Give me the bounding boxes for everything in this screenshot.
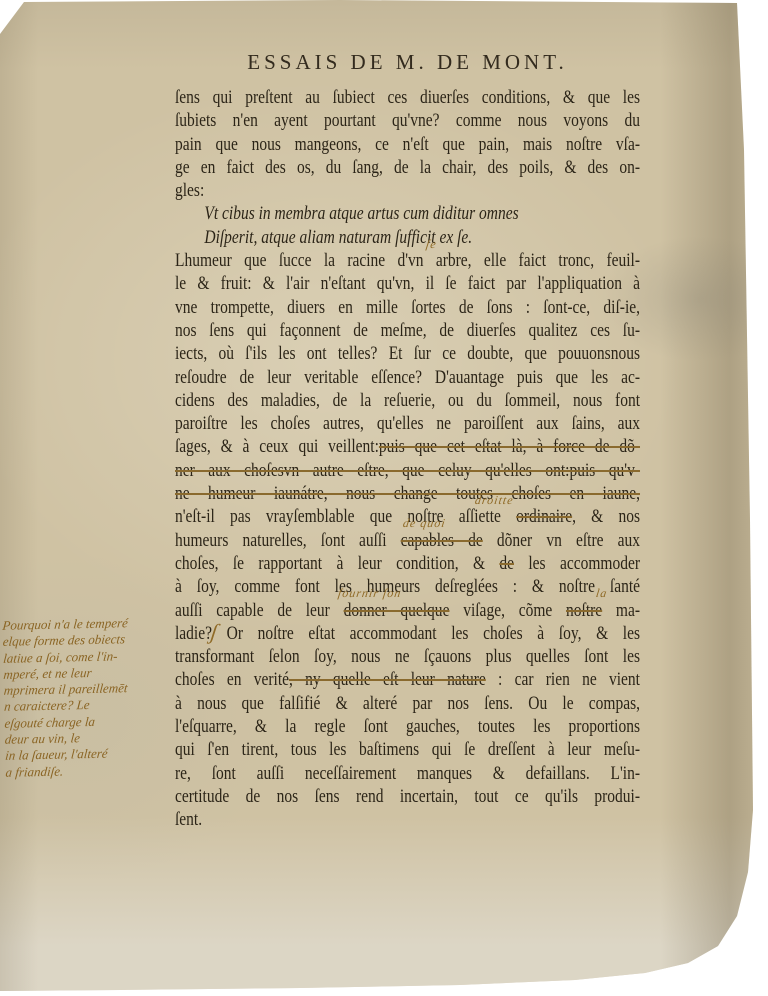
insertion-la: la xyxy=(595,586,608,601)
printed-text: ladie? Or noſtre eſtat accommodant les c… xyxy=(175,623,640,644)
printed-text: ma- xyxy=(602,600,640,621)
text-line: iects, où ſ'ils les ont telles? Et ſur c… xyxy=(175,342,640,365)
scan-background: ESSAIS DE M. DE MONT. ſens qui preſtent … xyxy=(0,0,768,996)
printed-text: dõner vn eſtre aux xyxy=(483,530,640,551)
text-line: Lhumeur que ſucce la racine d'vn arbre, … xyxy=(175,249,640,272)
printed-text: auſſi capable de leur xyxy=(175,600,344,621)
printed-text: transformant ſelon ſoy, nous ne ſçauons … xyxy=(175,646,640,667)
printed-text: ge en faict des os, du ſang, de la chair… xyxy=(175,157,640,178)
printed-text: pain que nous mangeons, ce n'eſt que pai… xyxy=(175,134,640,155)
struck-text: de xyxy=(499,553,514,574)
book-page: ESSAIS DE M. DE MONT. ſens qui preſtent … xyxy=(0,0,768,996)
text-line: ſent. xyxy=(175,808,640,831)
insertion-se: ſe xyxy=(425,237,438,252)
text-line: nos ſens qui façonnent de meſme, de diue… xyxy=(175,319,640,342)
struck-text: , ny quelle eſt leur nature xyxy=(289,669,486,690)
struck-text: ordinaire xyxy=(516,506,572,527)
printed-text: viſage, cõme xyxy=(449,600,566,621)
printed-text: reſoudre de leur veritable eſſence? D'au… xyxy=(175,367,640,388)
text-line: ſages, & à ceux qui veillent:puis que ce… xyxy=(175,435,640,458)
text-line: vne trompette, diuers en mille ſortes de… xyxy=(175,296,640,319)
text-line: Diſperit, atque aliam naturam ſufficit e… xyxy=(175,226,669,249)
printed-text: les accommoder xyxy=(514,553,640,574)
printed-text: à ſoy, comme font les humeurs deſreglées… xyxy=(175,576,640,597)
text-line: certitude de nos ſens rend incertain, to… xyxy=(175,785,640,808)
text-line: pain que nous mangeons, ce n'eſt que pai… xyxy=(175,133,640,156)
printed-text: qui ſ'en tirent, tous les baſtimens qui … xyxy=(175,739,640,760)
text-line: choſes, ſe rapportant à leur condition, … xyxy=(175,552,640,575)
printed-text: choſes, ſe rapportant à leur condition, … xyxy=(175,553,499,574)
text-line: Vt cibus in membra atque artus cum didit… xyxy=(175,202,669,225)
printed-text: vne trompette, diuers en mille ſortes de… xyxy=(175,297,640,318)
text-line: ſubiets n'en ayent pourtant qu'vne? comm… xyxy=(175,109,640,132)
text-line: à ſoy, comme font les humeurs deſreglées… xyxy=(175,575,640,598)
printed-text: ſent. xyxy=(175,809,202,830)
printed-text: n'eſt-il pas vrayſemblable que noſtre aſ… xyxy=(175,506,516,527)
printed-text: iects, où ſ'ils les ont telles? Et ſur c… xyxy=(175,343,640,364)
text-block: ſens qui preſtent au ſubiect ces diuerſe… xyxy=(175,86,640,832)
text-line: re, ſont auſſi neceſſairement manques & … xyxy=(175,762,640,785)
text-line: gles: xyxy=(175,179,640,202)
text-line: ſens qui preſtent au ſubiect ces diuerſe… xyxy=(175,86,640,109)
struck-text: ne humeur iaunátre, nous change toutes c… xyxy=(175,483,640,504)
text-line: paroiſtre les choſes autres, qu'elles ne… xyxy=(175,412,640,435)
text-line: ge en faict des os, du ſang, de la chair… xyxy=(175,156,640,179)
printed-text: nos ſens qui façonnent de meſme, de diue… xyxy=(175,320,640,341)
insertion-droitte: droitte xyxy=(474,493,515,508)
printed-text: cidens des maladies, de la reſuerie, ou … xyxy=(175,390,640,411)
text-line: ladie? Or noſtre eſtat accommodant les c… xyxy=(175,622,640,645)
printed-text: Vt cibus in membra atque artus cum didit… xyxy=(204,203,518,224)
text-line: humeurs naturelles, ſont auſſi capables … xyxy=(175,529,640,552)
struck-text: ner aux choſesvn autre eſtre, que celuy … xyxy=(175,460,640,481)
text-line: choſes en verité, ny quelle eſt leur nat… xyxy=(175,668,640,691)
printed-text: à nous que falſifié & alteré par nos ſen… xyxy=(175,693,640,714)
text-line: reſoudre de leur veritable eſſence? D'au… xyxy=(175,366,640,389)
insertion-fournir-son: fournir ſon xyxy=(337,586,402,601)
text-line: qui ſ'en tirent, tous les baſtimens qui … xyxy=(175,738,640,761)
text-line: cidens des maladies, de la reſuerie, ou … xyxy=(175,389,640,412)
text-line: l'eſquarre, & la regle ſont gauches, tou… xyxy=(175,715,640,738)
struck-text: noſtre xyxy=(566,600,602,621)
printed-text: humeurs naturelles, ſont auſſi xyxy=(175,530,401,551)
printed-text: re, ſont auſſi neceſſairement manques & … xyxy=(175,763,640,784)
printed-text: paroiſtre les choſes autres, qu'elles ne… xyxy=(175,413,640,434)
text-line: le & fruit: & l'air n'eſtant qu'vn, il ſ… xyxy=(175,272,640,295)
text-line: auſſi capable de leur donner quelque viſ… xyxy=(175,599,640,622)
printed-text: certitude de nos ſens rend incertain, to… xyxy=(175,786,640,807)
printed-text: ſens qui preſtent au ſubiect ces diuerſe… xyxy=(175,87,640,108)
struck-text: capables de xyxy=(401,530,483,551)
text-line: transformant ſelon ſoy, nous ne ſçauons … xyxy=(175,645,640,668)
printed-text: le & fruit: & l'air n'eſtant qu'vn, il ſ… xyxy=(175,273,640,294)
printed-text: , & nos xyxy=(572,506,640,527)
struck-text: puis que cet eſtat là, à force de dõ- xyxy=(379,436,640,457)
printed-text: : car rien ne vient xyxy=(486,669,640,690)
printed-text: l'eſquarre, & la regle ſont gauches, tou… xyxy=(175,716,640,737)
text-line: à nous que falſifié & alteré par nos ſen… xyxy=(175,692,640,715)
text-line: ne humeur iaunátre, nous change toutes c… xyxy=(175,482,640,505)
printed-text: gles: xyxy=(175,180,204,201)
printed-text: choſes en verité xyxy=(175,669,289,690)
struck-text: donner quelque xyxy=(344,600,450,621)
insertion-de-quoi: de quoi xyxy=(402,516,447,531)
printed-text: ſubiets n'en ayent pourtant qu'vne? comm… xyxy=(175,110,640,131)
margin-annotation: Pourquoi n'a le temperéelque forme des o… xyxy=(2,614,177,781)
text-line: ner aux choſesvn autre eſtre, que celuy … xyxy=(175,459,640,482)
printed-text: ſages, & à ceux qui veillent: xyxy=(175,436,379,457)
running-title: ESSAIS DE M. DE MONT. xyxy=(175,50,640,75)
printed-text: Lhumeur que ſucce la racine d'vn arbre, … xyxy=(175,250,640,271)
margin-note-line: a friandiſe. xyxy=(5,761,178,781)
